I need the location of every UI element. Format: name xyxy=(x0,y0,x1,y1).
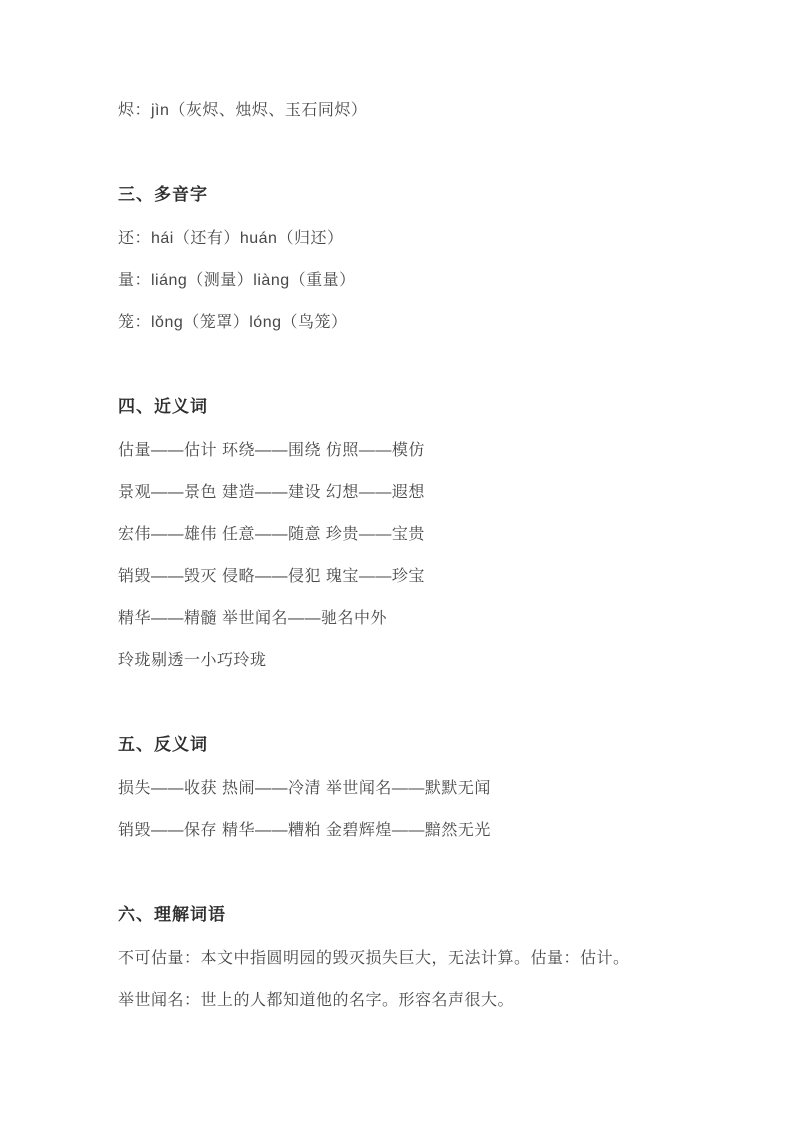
text-line: 景观——景色 建造——建设 幻想——遐想 xyxy=(118,482,675,504)
text-line: 还：hái（还有）huán（归还） xyxy=(118,228,675,250)
text-line: 量：liáng（测量）liàng（重量） xyxy=(118,270,675,292)
section-heading-fanyici: 五、反义词 xyxy=(118,734,675,756)
section-heading-lijieciyu: 六、理解词语 xyxy=(118,904,675,926)
text-line: 举世闻名：世上的人都知道他的名字。形容名声很大。 xyxy=(118,990,675,1012)
text-line: 损失——收获 热闹——冷清 举世闻名——默默无闻 xyxy=(118,778,675,800)
text-line: 销毁——毁灭 侵略——侵犯 瑰宝——珍宝 xyxy=(118,566,675,588)
text-line: 精华——精髓 举世闻名——驰名中外 xyxy=(118,608,675,630)
section-heading-duoyinzi: 三、多音字 xyxy=(118,184,675,206)
text-line: 玲珑剔透一小巧玲珑 xyxy=(118,650,675,672)
text-line: 笼：lǒng（笼罩）lóng（鸟笼） xyxy=(118,312,675,334)
intro-line: 烬：jìn（灰烬、烛烬、玉石同烬） xyxy=(118,100,675,122)
text-line: 宏伟——雄伟 任意——随意 珍贵——宝贵 xyxy=(118,524,675,546)
document-page: 烬：jìn（灰烬、烛烬、玉石同烬） 三、多音字 还：hái（还有）huán（归还… xyxy=(0,0,793,1122)
text-line: 销毁——保存 精华——糟粕 金碧辉煌——黯然无光 xyxy=(118,820,675,842)
text-line: 估量——估计 环绕——围绕 仿照——模仿 xyxy=(118,440,675,462)
section-heading-jinyici: 四、近义词 xyxy=(118,396,675,418)
text-line: 不可估量：本文中指圆明园的毁灭损失巨大，无法计算。估量：估计。 xyxy=(118,948,675,970)
